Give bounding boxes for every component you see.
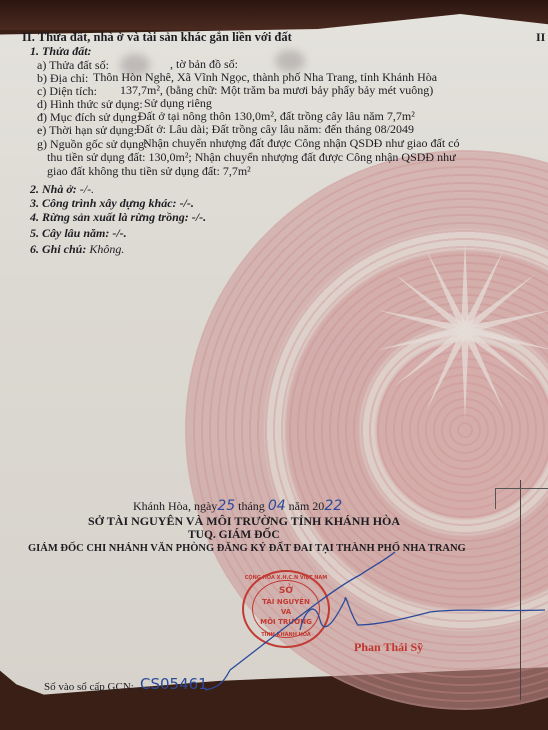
signer-name: Phan Thái Sỹ (354, 640, 423, 655)
handwritten-signature (0, 0, 548, 730)
registry-label: Số vào sổ cấp GCN: (44, 680, 134, 694)
registry-number: CS05461 (140, 677, 208, 691)
